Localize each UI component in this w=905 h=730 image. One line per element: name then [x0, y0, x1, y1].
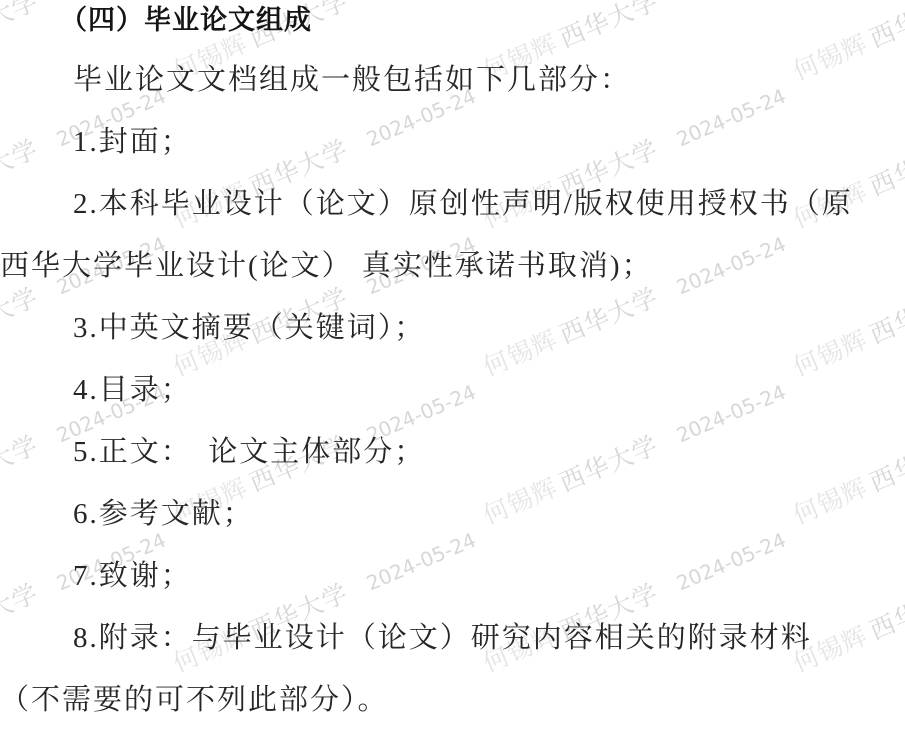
- text-line: 3.中英文摘要（关键词）；: [73, 313, 425, 345]
- text-line: 1.封面；: [73, 127, 192, 159]
- text-line: 4.目录；: [73, 375, 192, 407]
- text-line: 7.致谢；: [73, 561, 192, 593]
- document-text: （四）毕业论文组成毕业论文文档组成一般包括如下几部分：1.封面；2.本科毕业设计…: [0, 0, 905, 730]
- text-line: 2.本科毕业设计（论文）原创性声明/版权使用授权书（原: [73, 189, 853, 221]
- section-heading: （四）毕业论文组成: [60, 6, 312, 36]
- document-page: 何锡辉西华大学2024-05-24何锡辉西华大学2024-05-24何锡辉西华大…: [0, 0, 905, 730]
- text-line: （不需要的可不列此部分）。: [0, 685, 389, 717]
- text-line: 5.正文： 论文主体部分；: [73, 437, 425, 469]
- text-line: 西华大学毕业设计(论文） 真实性承诺书取消)；: [0, 251, 653, 283]
- text-line: 毕业论文文档组成一般包括如下几部分：: [73, 65, 631, 97]
- text-line: 6.参考文献；: [73, 499, 254, 531]
- text-line: 8.附录：与毕业设计（论文）研究内容相关的附录材料: [73, 623, 812, 655]
